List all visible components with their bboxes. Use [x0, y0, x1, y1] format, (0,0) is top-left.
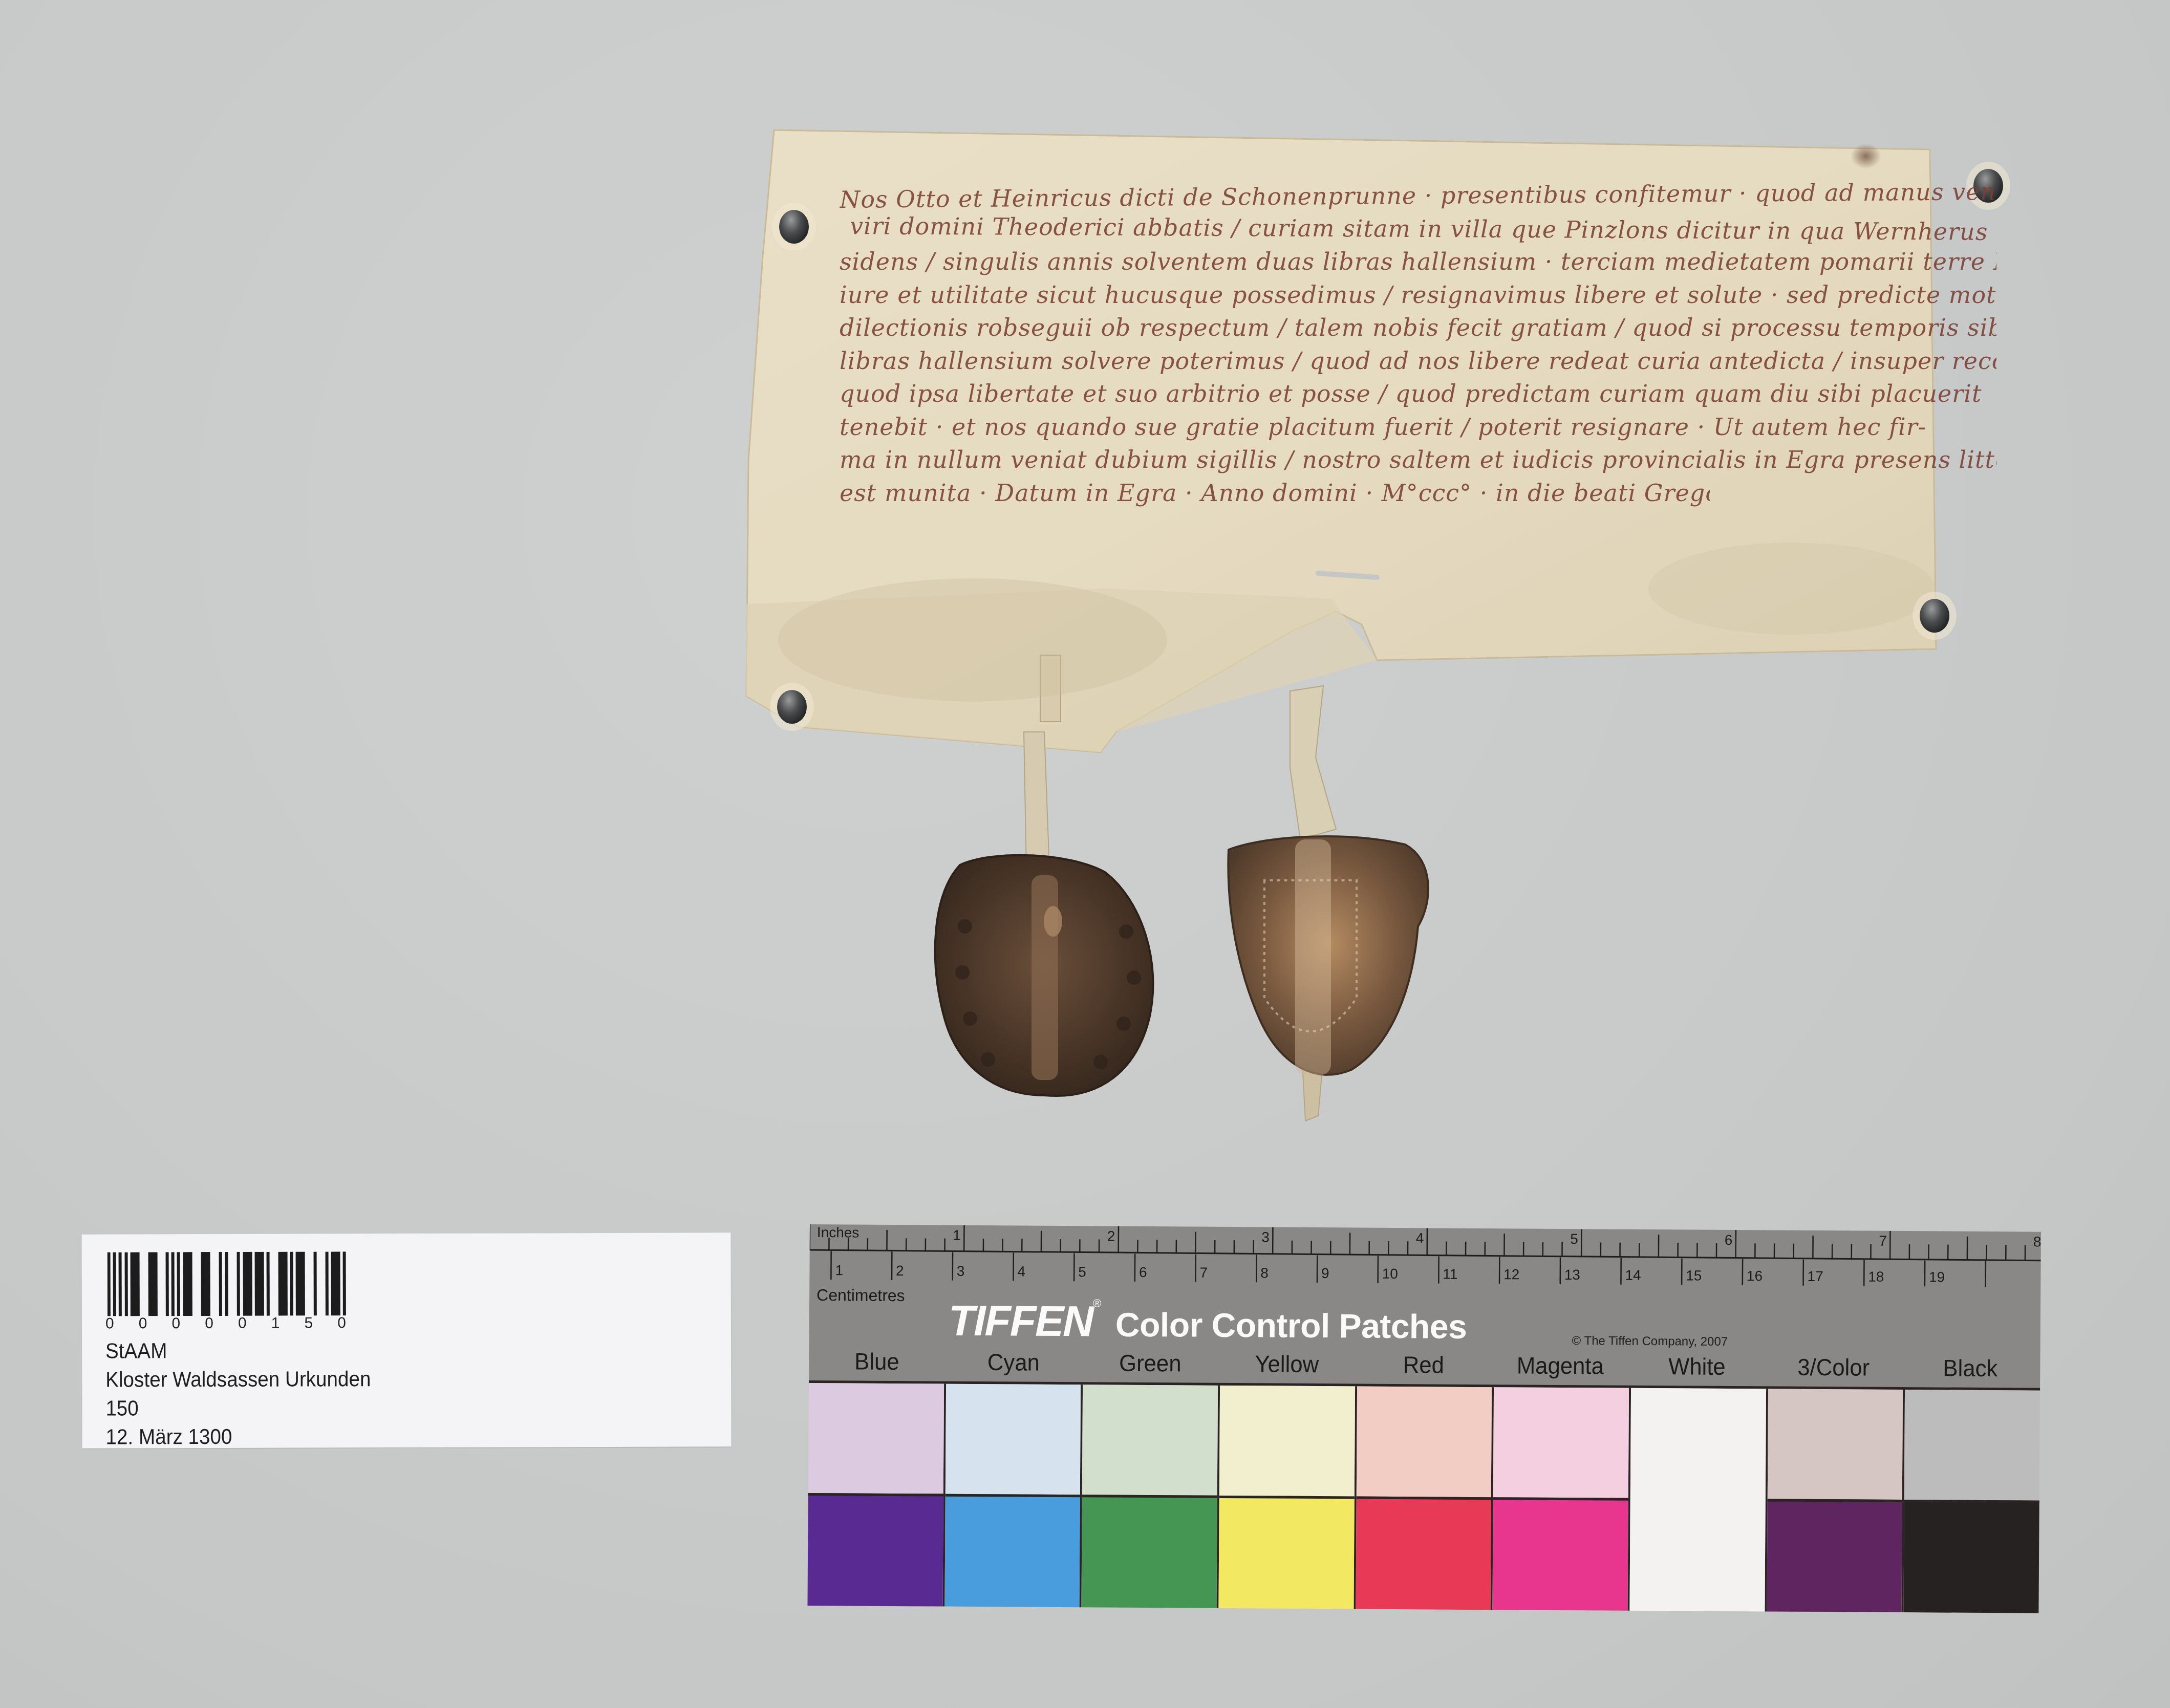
patch-column-blue	[807, 1383, 946, 1607]
manuscript-line: sidens / singulis annis solventem duas l…	[840, 245, 1996, 278]
registered-mark: ®	[1093, 1296, 1101, 1309]
patch-label-yellow: Yellow	[1222, 1350, 1351, 1378]
patch-column-magenta	[1493, 1387, 1631, 1611]
mounting-pin-icon	[779, 210, 809, 244]
patch-column-yellow	[1218, 1386, 1357, 1609]
manuscript-line: viri domini Theoderici abbatis / curiam …	[850, 209, 1996, 248]
manuscript-line: quod ipsa libertate et suo arbitrio et p…	[840, 377, 1996, 410]
barcode-digit: 0	[238, 1315, 247, 1332]
patch-label-blue: Blue	[812, 1347, 941, 1376]
barcode-digit: 0	[139, 1315, 147, 1332]
patch-column-green	[1082, 1385, 1220, 1608]
cm-tick-label: 10	[1382, 1266, 1398, 1282]
patch-label-green: Green	[1086, 1349, 1215, 1377]
manuscript-line: est munita · Datum in Egra · Anno domini…	[840, 477, 1710, 510]
barcode-digit: 0	[337, 1314, 346, 1332]
barcode-digit: 0	[171, 1315, 180, 1332]
patch-dark-magenta	[1493, 1497, 1628, 1611]
patch-dark-cyan	[944, 1494, 1080, 1608]
patch-dark-green	[1082, 1495, 1217, 1608]
document-date: 12. März 1300	[105, 1422, 371, 1451]
inches-label: Inches	[817, 1224, 860, 1241]
patch-dark-yellow	[1218, 1496, 1354, 1609]
patch-dark-3color	[1767, 1499, 1902, 1612]
cm-tick-label: 3	[957, 1263, 965, 1280]
patch-label-white: White	[1632, 1352, 1761, 1381]
patch-column-cyan	[944, 1384, 1083, 1608]
patch-column-black	[1904, 1390, 2040, 1613]
patch-labels: Blue Cyan Green Yellow Red Magenta White…	[809, 1347, 2040, 1386]
centimetres-label: Centimetres	[817, 1286, 905, 1305]
patch-light-red	[1356, 1387, 1492, 1498]
mounting-pin-icon	[777, 690, 807, 724]
barcode-digit: 1	[271, 1315, 280, 1332]
barcode-digit: 5	[304, 1314, 313, 1332]
patch-label-red: Red	[1359, 1351, 1488, 1379]
tiffen-title: TIFFEN®Color Control Patches	[949, 1296, 1467, 1349]
manuscript-line: libras hallensium solvere poterimus / qu…	[840, 344, 1996, 378]
cm-tick-label: 7	[1200, 1265, 1208, 1281]
document-number: 150	[105, 1393, 371, 1422]
archive-name: StAAM	[105, 1336, 371, 1365]
cm-tick-label: 6	[1139, 1264, 1147, 1281]
cm-tick-label: 13	[1564, 1267, 1580, 1283]
cm-tick-label: 8	[1260, 1265, 1269, 1281]
patch-label-cyan: Cyan	[949, 1348, 1078, 1377]
cm-tick-label: 11	[1443, 1266, 1457, 1283]
archive-label: 0 0 0 0 0 1 5 0 StAAM Kloster Waldsassen…	[81, 1233, 731, 1448]
color-control-header: Inches 12345678 123456789101112131415161…	[809, 1224, 2041, 1391]
patch-light-green	[1082, 1385, 1218, 1496]
inch-tick-label: 5	[1570, 1231, 1578, 1247]
inch-tick-label: 3	[1261, 1229, 1270, 1245]
ink-blot	[1851, 143, 1881, 169]
patch-column-3color	[1767, 1389, 1905, 1612]
patch-light-blue	[808, 1383, 944, 1494]
patch-dark-red	[1356, 1497, 1491, 1610]
cm-tick-label: 17	[1808, 1268, 1823, 1285]
patch-dark-blue	[807, 1493, 943, 1607]
manuscript-line: iure et utilitate sicut hucusque possedi…	[840, 278, 1996, 312]
patch-light-black	[1904, 1390, 2040, 1501]
tiffen-logo: TIFFEN	[949, 1296, 1093, 1346]
inch-tick-label: 2	[1107, 1228, 1115, 1245]
inch-tick-label: 4	[1416, 1230, 1424, 1246]
manuscript-line: dilectionis robseguii ob respectum / tal…	[840, 311, 1996, 344]
mounting-pin-icon	[1920, 599, 1949, 633]
inch-tick-label: 6	[1725, 1232, 1733, 1248]
color-patches	[807, 1380, 2040, 1613]
patch-light-yellow	[1219, 1386, 1355, 1497]
cm-tick-label: 9	[1321, 1265, 1329, 1282]
cm-tick-label: 2	[896, 1263, 904, 1279]
color-control-card: Inches 12345678 123456789101112131415161…	[807, 1224, 2040, 1611]
patch-light-3color	[1767, 1389, 1903, 1500]
cm-tick-label: 19	[1929, 1269, 1945, 1285]
charter: Nos Otto et Heinricus dicti de Schonenpr…	[0, 0, 2170, 1177]
patch-light-white	[1629, 1388, 1766, 1612]
cm-tick-label: 14	[1625, 1267, 1641, 1284]
patch-label-magenta: Magenta	[1496, 1351, 1625, 1380]
inch-tick-label: 7	[1879, 1233, 1887, 1249]
inch-tick-label: 8	[2033, 1234, 2042, 1250]
seal-left	[935, 855, 1153, 1096]
manuscript-text: Nos Otto et Heinricus dicti de Schonenpr…	[840, 179, 1996, 509]
cm-tick-label: 16	[1747, 1268, 1763, 1284]
patch-dark-black	[1904, 1500, 2039, 1613]
barcode	[108, 1251, 348, 1316]
barcode-digit: 0	[105, 1315, 114, 1332]
collection-name: Kloster Waldsassen Urkunden	[105, 1365, 371, 1394]
product-name: Color Control Patches	[1115, 1306, 1467, 1346]
manuscript-line: tenebit · et nos quando sue gratie placi…	[840, 410, 1996, 444]
patch-column-white	[1629, 1388, 1768, 1612]
cm-tick-label: 1	[835, 1262, 843, 1279]
manuscript-line: ma in nullum veniat dubium sigillis / no…	[840, 443, 1996, 477]
patch-column-red	[1356, 1387, 1494, 1610]
patch-label-black: Black	[1906, 1354, 2035, 1382]
cm-tick-label: 4	[1017, 1263, 1025, 1280]
patch-light-magenta	[1493, 1387, 1629, 1498]
cm-tick-label: 5	[1078, 1264, 1086, 1280]
patch-label-3color: 3/Color	[1769, 1353, 1898, 1381]
cm-tick-label: 18	[1868, 1269, 1884, 1285]
label-text: StAAM Kloster Waldsassen Urkunden 150 12…	[105, 1336, 394, 1451]
barcode-digits: 0 0 0 0 0 1 5 0	[105, 1314, 346, 1332]
patch-light-cyan	[945, 1384, 1081, 1495]
cm-tick-label: 12	[1503, 1266, 1519, 1283]
seal-right	[1228, 836, 1428, 1075]
barcode-digit: 0	[205, 1315, 213, 1332]
cm-tick-label: 15	[1686, 1267, 1702, 1284]
inch-tick-label: 1	[953, 1227, 961, 1244]
copyright: © The Tiffen Company, 2007	[1572, 1334, 1728, 1349]
